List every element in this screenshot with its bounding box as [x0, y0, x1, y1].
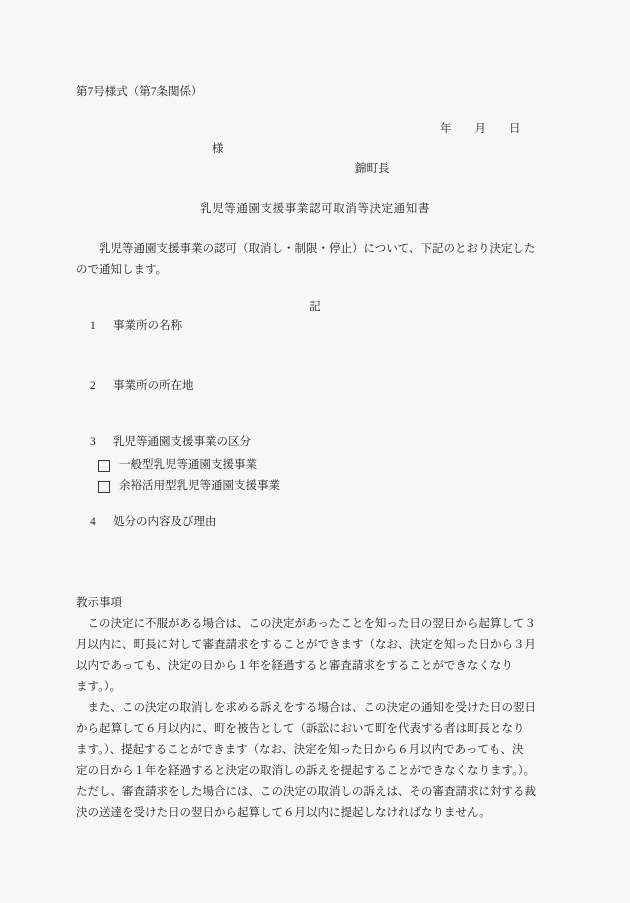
instructions-paragraph-1: この決定に不服がある場合は、この決定があったことを知った日の翌日から起算して３ … [76, 614, 568, 698]
item-number: 2 [90, 376, 113, 397]
body-paragraph: 乳児等通園支援事業の認可（取消し・制限・停止）について、下記のとおり決定した の… [76, 239, 560, 281]
issuer-name: 錦町長 [355, 159, 390, 180]
item-label: 事業所の名称 [113, 316, 182, 337]
form-number: 第7号様式（第7条関係） [76, 82, 203, 103]
instructions-heading: 教示事項 [76, 593, 122, 614]
item-number: 1 [90, 316, 113, 337]
date-line: 年 月 日 [440, 119, 521, 140]
list-item-2: 2 事業所の所在地 [90, 376, 194, 397]
item-label: 処分の内容及び理由 [113, 512, 217, 533]
record-separator: 記 [0, 297, 630, 318]
checkbox-icon [98, 460, 110, 472]
item-number: 3 [90, 432, 113, 453]
item-label: 事業所の所在地 [113, 376, 194, 397]
document-page: 第7号様式（第7条関係） 年 月 日 様 錦町長 乳児等通園支援事業認可取消等決… [0, 0, 630, 903]
item-number: 4 [90, 512, 113, 533]
category-option-surplus: 余裕活用型乳児等通園支援事業 [98, 476, 280, 497]
list-item-3: 3 乳児等通園支援事業の区分 [90, 432, 251, 453]
instructions-paragraph-2: また、この決定の取消しを求める訴えをする場合は、この決定の通知を受けた日の翌日 … [76, 698, 568, 824]
category-option-general: 一般型乳児等通園支援事業 [98, 455, 257, 476]
checkbox-option-label: 一般型乳児等通園支援事業 [119, 455, 257, 476]
list-item-4: 4 処分の内容及び理由 [90, 512, 217, 533]
list-item-1: 1 事業所の名称 [90, 316, 182, 337]
checkbox-icon [98, 481, 110, 493]
item-label: 乳児等通園支援事業の区分 [113, 432, 251, 453]
document-title: 乳児等通園支援事業認可取消等決定通知書 [0, 199, 630, 220]
checkbox-option-label: 余裕活用型乳児等通園支援事業 [119, 476, 280, 497]
addressee-suffix: 様 [212, 139, 224, 160]
